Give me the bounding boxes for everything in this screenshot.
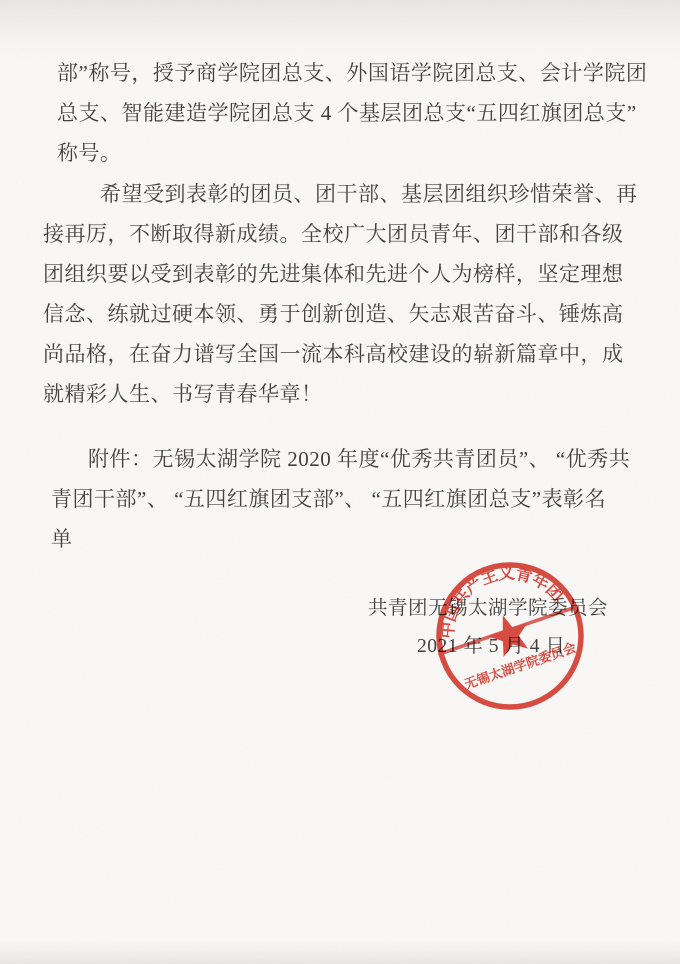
- paragraph-1: 部”称号，授予商学院团总支、外国语学院团总支、会计学院团 总支、智能建造学院团总…: [57, 53, 647, 173]
- body-line: 就精彩人生、书写青春华章！: [43, 374, 638, 414]
- body-line: 附件：无锡太湖学院 2020 年度“优秀共青团员”、 “优秀共: [88, 439, 630, 479]
- body-line: 青团干部”、 “五四红旗团支部”、 “五四红旗团总支”表彰名: [51, 479, 630, 519]
- official-seal: 中国共产主义青年团 无锡太湖学院委员会: [425, 551, 595, 721]
- paragraph-attachment: 附件：无锡太湖学院 2020 年度“优秀共青团员”、 “优秀共 青团干部”、 “…: [51, 439, 630, 559]
- body-line: 部”称号，授予商学院团总支、外国语学院团总支、会计学院团: [57, 53, 647, 93]
- body-line: 信念、练就过硬本领、勇于创新创造、矢志艰苦奋斗、锤炼高: [43, 294, 638, 334]
- seal-star-icon: [483, 608, 535, 659]
- paragraph-2: 希望受到表彰的团员、团干部、基层团组织珍惜荣誉、再 接再厉，不断取得新成绩。全校…: [43, 174, 638, 414]
- body-line: 希望受到表彰的团员、团干部、基层团组织珍惜荣誉、再: [100, 174, 638, 214]
- body-line: 称号。: [57, 133, 647, 173]
- body-line: 尚品格，在奋力谱写全国一流本科高校建设的崭新篇章中，成: [43, 334, 638, 374]
- body-line: 团组织要以受到表彰的先进集体和先进个人为榜样，坚定理想: [43, 254, 638, 294]
- body-line: 总支、智能建造学院团总支 4 个基层团总支“五四红旗团总支”: [57, 93, 647, 133]
- body-line: 接再厉，不断取得新成绩。全校广大团员青年、团干部和各级: [43, 214, 638, 254]
- document-page: 部”称号，授予商学院团总支、外国语学院团总支、会计学院团 总支、智能建造学院团总…: [0, 0, 680, 964]
